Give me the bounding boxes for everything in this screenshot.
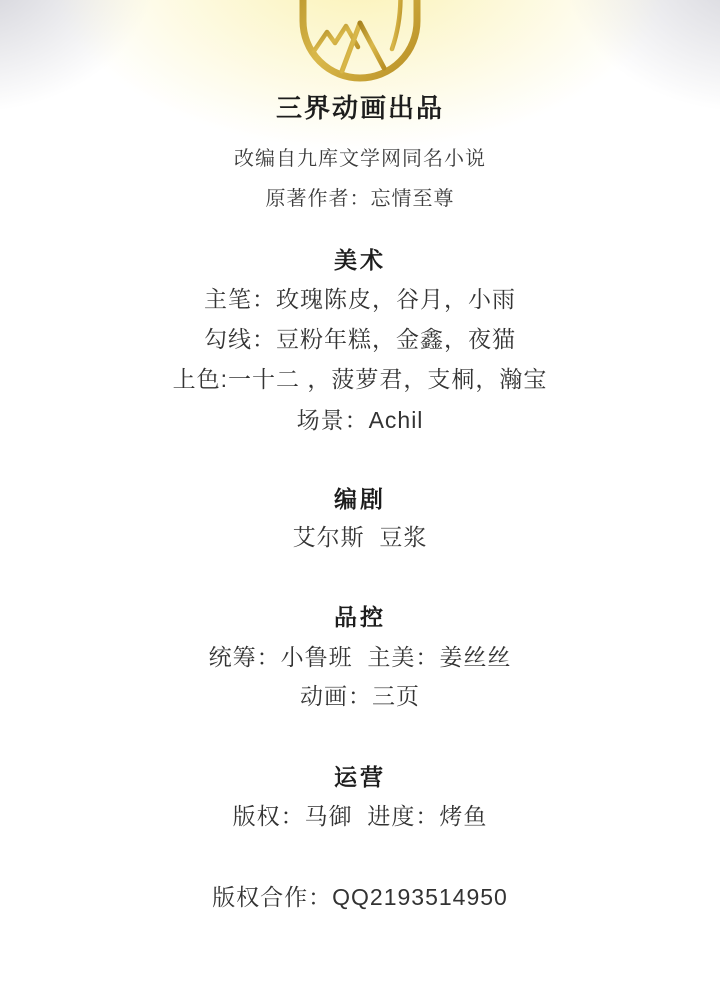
credits-page: 三界动画出品 改编自九库文学网同名小说 原著作者：忘情至尊 美术 主笔：玫瑰陈皮…	[0, 0, 720, 1000]
producer-title: 三界动画出品	[0, 88, 720, 125]
credit-line: 版权：马御 进度：烤鱼	[0, 798, 720, 831]
credit-line: 场景：Achil	[0, 402, 720, 435]
credit-line: 上色:一十二 ，菠萝君，支桐，瀚宝	[0, 361, 720, 394]
credit-line: 艾尔斯 豆浆	[0, 519, 720, 552]
credit-line: 统筹：小鲁班 主美：姜丝丝	[0, 639, 720, 672]
section-title-operations: 运营	[0, 759, 720, 792]
credit-line: 动画：三页	[0, 678, 720, 711]
credit-line: 勾线：豆粉年糕，金鑫，夜猫	[0, 321, 720, 354]
adaptation-note: 改编自九库文学网同名小说	[0, 142, 720, 171]
section-title-art: 美术	[0, 242, 720, 275]
studio-seal-logo	[298, 0, 422, 83]
section-title-screenwriter: 编剧	[0, 481, 720, 514]
section-title-quality-control: 品控	[0, 599, 720, 632]
credit-line: 主笔：玫瑰陈皮，谷月，小雨	[0, 281, 720, 314]
copyright-contact: 版权合作：QQ2193514950	[0, 879, 720, 912]
original-author: 原著作者：忘情至尊	[0, 182, 720, 211]
gold-seal-icon	[298, 0, 422, 83]
